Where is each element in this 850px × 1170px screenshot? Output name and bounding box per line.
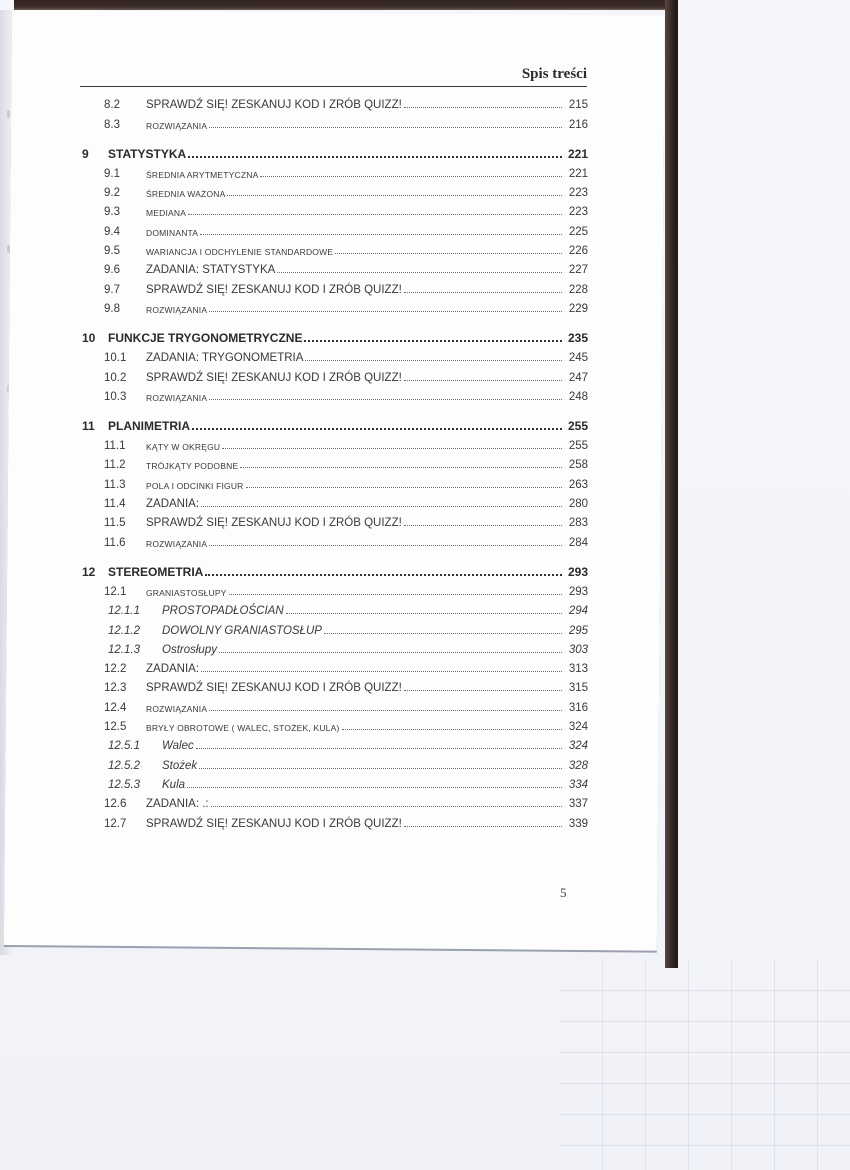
entry-title: Trójkąty podobne <box>146 461 238 471</box>
entry-page-number: 221 <box>564 168 588 180</box>
entry-number: 11 <box>70 419 108 433</box>
entry-number: 9 <box>70 147 108 161</box>
entry-title: SPRAWDŹ SIĘ! ZESKANUJ KOD I ZRÓB QUIZZ! <box>146 517 402 529</box>
entry-page-number: 235 <box>564 331 588 345</box>
entry-title: ZADANIA: TRYGONOMETRIA <box>146 352 303 364</box>
scan-frame-right <box>665 0 678 968</box>
entry-title: SPRAWDŹ SIĘ! ZESKANUJ KOD I ZRÓB QUIZZ! <box>146 682 402 694</box>
entry-title: Pola i odcinki figur <box>146 481 244 491</box>
entry-page-number: 255 <box>564 440 588 452</box>
entry-title: STATYSTYKA <box>108 147 186 161</box>
entry-page-number: 316 <box>564 702 588 714</box>
toc-entry[interactable]: 11.4ZADANIA:280 <box>70 491 588 510</box>
entry-title: Kąty w okręgu <box>146 442 220 452</box>
entry-title: Ostrosłupy <box>162 644 217 656</box>
entry-number: 11.4 <box>70 498 146 510</box>
entry-number: 12.5.3 <box>70 779 162 791</box>
toc-entry[interactable]: 12.4Rozwiązania316 <box>70 694 588 713</box>
page-number: 5 <box>560 885 567 901</box>
toc-entry[interactable]: 12.6ZADANIA: .:337 <box>70 791 588 810</box>
entry-page-number: 294 <box>564 605 588 617</box>
entry-title: ZADANIA: <box>146 663 199 675</box>
entry-title: Graniastosłupy <box>146 588 227 598</box>
toc-entry[interactable]: 9.5Wariancja i odchylenie standardowe226 <box>70 238 588 257</box>
dot-leader <box>219 642 562 653</box>
entry-number: 9.6 <box>70 264 146 276</box>
entry-number: 9.1 <box>70 168 146 180</box>
entry-number: 12.3 <box>70 682 146 694</box>
entry-title: Walec <box>162 740 194 752</box>
entry-page-number: 225 <box>564 226 588 238</box>
entry-number: 12.5.1 <box>70 740 162 752</box>
entry-title: PLANIMETRIA <box>108 419 190 433</box>
toc-entry[interactable]: 9.1Średnia arytmetyczna221 <box>70 161 588 180</box>
entry-title: ZADANIA: .: <box>146 798 209 810</box>
entry-number: 12.7 <box>70 818 146 830</box>
entry-title: Bryły obrotowe ( walec, stożek, kula) <box>146 723 340 733</box>
entry-page-number: 258 <box>564 459 588 471</box>
entry-number: 12 <box>70 565 108 579</box>
entry-title: Mediana <box>146 208 186 218</box>
entry-page-number: 293 <box>564 586 588 598</box>
dot-leader <box>404 97 562 108</box>
entry-title: SPRAWDŹ SIĘ! ZESKANUJ KOD I ZRÓB QUIZZ! <box>146 818 402 830</box>
entry-number: 12.4 <box>70 702 146 714</box>
scan-frame-top <box>14 0 678 10</box>
entry-number: 12.5.2 <box>70 760 162 772</box>
entry-page-number: 223 <box>564 187 588 199</box>
dot-leader <box>324 623 562 634</box>
entry-title: ZADANIA: <box>146 498 199 510</box>
dot-leader <box>200 224 562 235</box>
dot-leader <box>304 330 562 342</box>
entry-title: SPRAWDŹ SIĘ! ZESKANUJ KOD I ZRÓB QUIZZ! <box>146 99 402 111</box>
entry-number: 12.1.1 <box>70 605 162 617</box>
entry-title: ZADANIA: STATYSTYKA <box>146 264 275 276</box>
toc-entry[interactable]: 12.5.2Stożek328 <box>70 752 588 771</box>
toc-entry[interactable]: 11.6Rozwiązania284 <box>70 529 588 548</box>
entry-number: 8.3 <box>70 119 146 131</box>
dot-leader <box>209 389 562 400</box>
entry-page-number: 229 <box>564 303 588 315</box>
bleed-through-table <box>560 960 850 1170</box>
entry-number: 10.2 <box>70 372 146 384</box>
table-of-contents: 8.2SPRAWDŹ SIĘ! ZESKANUJ KOD I ZRÓB QUIZ… <box>70 92 588 830</box>
entry-page-number: 293 <box>564 565 588 579</box>
entry-title: Rozwiązania <box>146 539 207 549</box>
entry-page-number: 226 <box>564 245 588 257</box>
entry-title: SPRAWDŹ SIĘ! ZESKANUJ KOD I ZRÓB QUIZZ! <box>146 372 402 384</box>
toc-entry[interactable]: 12.2ZADANIA:313 <box>70 656 588 675</box>
toc-entry[interactable]: 9.3Mediana223 <box>70 199 588 218</box>
running-header: Spis treści <box>80 60 587 87</box>
entry-page-number: 339 <box>564 818 588 830</box>
entry-page-number: 221 <box>564 147 588 161</box>
toc-entry[interactable]: 10.1ZADANIA: TRYGONOMETRIA245 <box>70 345 588 364</box>
entry-number: 9.8 <box>70 303 146 315</box>
entry-page-number: 284 <box>564 537 588 549</box>
dot-leader <box>404 515 562 526</box>
dot-leader <box>229 584 562 595</box>
entry-title: STEREOMETRIA <box>108 565 203 579</box>
entry-title: Dominanta <box>146 228 198 238</box>
dot-leader <box>342 719 563 730</box>
toc-entry[interactable]: 12.1.2DOWOLNY GRANIASTOSŁUP295 <box>70 617 588 636</box>
toc-entry[interactable]: 11.5SPRAWDŹ SIĘ! ZESKANUJ KOD I ZRÓB QUI… <box>70 510 588 529</box>
entry-number: 12.1.2 <box>70 625 162 637</box>
entry-page-number: 215 <box>564 99 588 111</box>
entry-title: Rozwiązania <box>146 121 207 131</box>
dot-leader <box>192 418 562 430</box>
dot-leader <box>227 185 562 196</box>
toc-entry[interactable]: 12.5.1Walec324 <box>70 733 588 752</box>
entry-page-number: 295 <box>564 625 588 637</box>
toc-entry[interactable]: 12.1Graniastosłupy293 <box>70 579 588 598</box>
toc-chapter-entry[interactable]: 9STATYSTYKA221 <box>70 131 588 161</box>
dot-leader <box>205 564 562 576</box>
entry-title: PROSTOPADŁOŚCIAN <box>162 605 284 617</box>
dot-leader <box>199 758 562 769</box>
entry-title: FUNKCJE TRYGONOMETRYCZNE <box>108 331 302 345</box>
dot-leader <box>209 700 562 711</box>
dot-leader <box>286 603 562 614</box>
entry-number: 10.1 <box>70 352 146 364</box>
entry-page-number: 248 <box>564 391 588 403</box>
entry-title: Rozwiązania <box>146 305 207 315</box>
dot-leader <box>335 243 562 254</box>
toc-entry[interactable]: 8.3Rozwiązania216 <box>70 111 588 130</box>
entry-title: Rozwiązania <box>146 704 207 714</box>
toc-entry[interactable]: 9.2Średnia ważona223 <box>70 180 588 199</box>
toc-entry[interactable]: 9.7SPRAWDŹ SIĘ! ZESKANUJ KOD I ZRÓB QUIZ… <box>70 276 588 295</box>
dot-leader <box>188 204 562 215</box>
entry-title: Wariancja i odchylenie standardowe <box>146 247 333 257</box>
toc-entry[interactable]: 12.7SPRAWDŹ SIĘ! ZESKANUJ KOD I ZRÓB QUI… <box>70 810 588 829</box>
entry-title: DOWOLNY GRANIASTOSŁUP <box>162 625 322 637</box>
entry-page-number: 263 <box>564 479 588 491</box>
dot-leader <box>246 477 562 488</box>
entry-page-number: 228 <box>564 284 588 296</box>
dot-leader <box>188 146 562 158</box>
toc-entry[interactable]: 9.6ZADANIA: STATYSTYKA227 <box>70 257 588 276</box>
entry-number: 10 <box>70 331 108 345</box>
entry-number: 11.1 <box>70 440 146 452</box>
entry-number: 10.3 <box>70 391 146 403</box>
entry-page-number: 247 <box>564 372 588 384</box>
toc-chapter-entry[interactable]: 10FUNKCJE TRYGONOMETRYCZNE235 <box>70 315 588 345</box>
entry-number: 11.2 <box>70 459 146 471</box>
dot-leader <box>404 680 562 691</box>
entry-number: 9.2 <box>70 187 146 199</box>
dot-leader <box>209 117 562 128</box>
entry-page-number: 280 <box>564 498 588 510</box>
entry-page-number: 337 <box>564 798 588 810</box>
entry-page-number: 324 <box>564 740 588 752</box>
entry-page-number: 313 <box>564 663 588 675</box>
toc-entry[interactable]: 12.1.3Ostrosłupy303 <box>70 637 588 656</box>
dot-leader <box>277 262 562 273</box>
toc-entry[interactable]: 12.1.1PROSTOPADŁOŚCIAN294 <box>70 598 588 617</box>
entry-page-number: 315 <box>564 682 588 694</box>
entry-number: 11.6 <box>70 537 146 549</box>
entry-title: Kula <box>162 779 185 791</box>
dot-leader <box>404 370 562 381</box>
entry-page-number: 328 <box>564 760 588 772</box>
entry-page-number: 255 <box>564 419 588 433</box>
entry-number: 12.6 <box>70 798 146 810</box>
dot-leader <box>240 457 562 468</box>
toc-entry[interactable]: 12.3SPRAWDŹ SIĘ! ZESKANUJ KOD I ZRÓB QUI… <box>70 675 588 694</box>
toc-entry[interactable]: 11.2Trójkąty podobne258 <box>70 452 588 471</box>
entry-page-number: 245 <box>564 352 588 364</box>
dot-leader <box>201 496 562 507</box>
entry-page-number: 283 <box>564 517 588 529</box>
dot-leader <box>196 738 562 749</box>
dot-leader <box>404 282 562 293</box>
entry-number: 9.5 <box>70 245 146 257</box>
toc-entry[interactable]: 12.5Bryły obrotowe ( walec, stożek, kula… <box>70 714 588 733</box>
toc-entry[interactable]: 10.3Rozwiązania248 <box>70 384 588 403</box>
dot-leader <box>209 535 562 546</box>
toc-entry[interactable]: 12.5.3Kula334 <box>70 772 588 791</box>
entry-title: SPRAWDŹ SIĘ! ZESKANUJ KOD I ZRÓB QUIZZ! <box>146 284 402 296</box>
entry-page-number: 227 <box>564 264 588 276</box>
dot-leader <box>404 816 562 827</box>
entry-page-number: 324 <box>564 721 588 733</box>
toc-chapter-entry[interactable]: 12STEREOMETRIA293 <box>70 549 588 579</box>
entry-title: Rozwiązania <box>146 393 207 403</box>
entry-title: Średnia arytmetyczna <box>146 170 258 180</box>
dot-leader <box>305 350 562 361</box>
entry-number: 9.7 <box>70 284 146 296</box>
dot-leader <box>260 166 562 177</box>
entry-title: Średnia ważona <box>146 189 225 199</box>
entry-title: Stożek <box>162 760 197 772</box>
entry-number: 12.2 <box>70 663 146 675</box>
toc-entry[interactable]: 9.8Rozwiązania229 <box>70 296 588 315</box>
entry-number: 12.5 <box>70 721 146 733</box>
toc-chapter-entry[interactable]: 11PLANIMETRIA255 <box>70 403 588 433</box>
toc-entry[interactable]: 11.3Pola i odcinki figur263 <box>70 471 588 490</box>
entry-number: 11.3 <box>70 479 146 491</box>
entry-number: 9.3 <box>70 206 146 218</box>
entry-page-number: 334 <box>564 779 588 791</box>
dot-leader <box>201 661 562 672</box>
entry-number: 11.5 <box>70 517 146 529</box>
entry-page-number: 216 <box>564 119 588 131</box>
entry-page-number: 303 <box>564 644 588 656</box>
dot-leader <box>187 777 562 788</box>
dot-leader <box>222 438 562 449</box>
entry-number: 8.2 <box>70 99 146 111</box>
entry-number: 9.4 <box>70 226 146 238</box>
margin-mark <box>7 110 10 118</box>
entry-number: 12.1 <box>70 586 146 598</box>
toc-entry[interactable]: 10.2SPRAWDŹ SIĘ! ZESKANUJ KOD I ZRÓB QUI… <box>70 364 588 383</box>
toc-entry[interactable]: 9.4Dominanta225 <box>70 218 588 237</box>
dot-leader <box>209 301 562 312</box>
dot-leader <box>211 796 562 807</box>
header-title: Spis treści <box>522 66 587 83</box>
toc-entry[interactable]: 11.1Kąty w okręgu255 <box>70 433 588 452</box>
entry-number: 12.1.3 <box>70 644 162 656</box>
toc-entry[interactable]: 8.2SPRAWDŹ SIĘ! ZESKANUJ KOD I ZRÓB QUIZ… <box>70 92 588 111</box>
entry-page-number: 223 <box>564 206 588 218</box>
